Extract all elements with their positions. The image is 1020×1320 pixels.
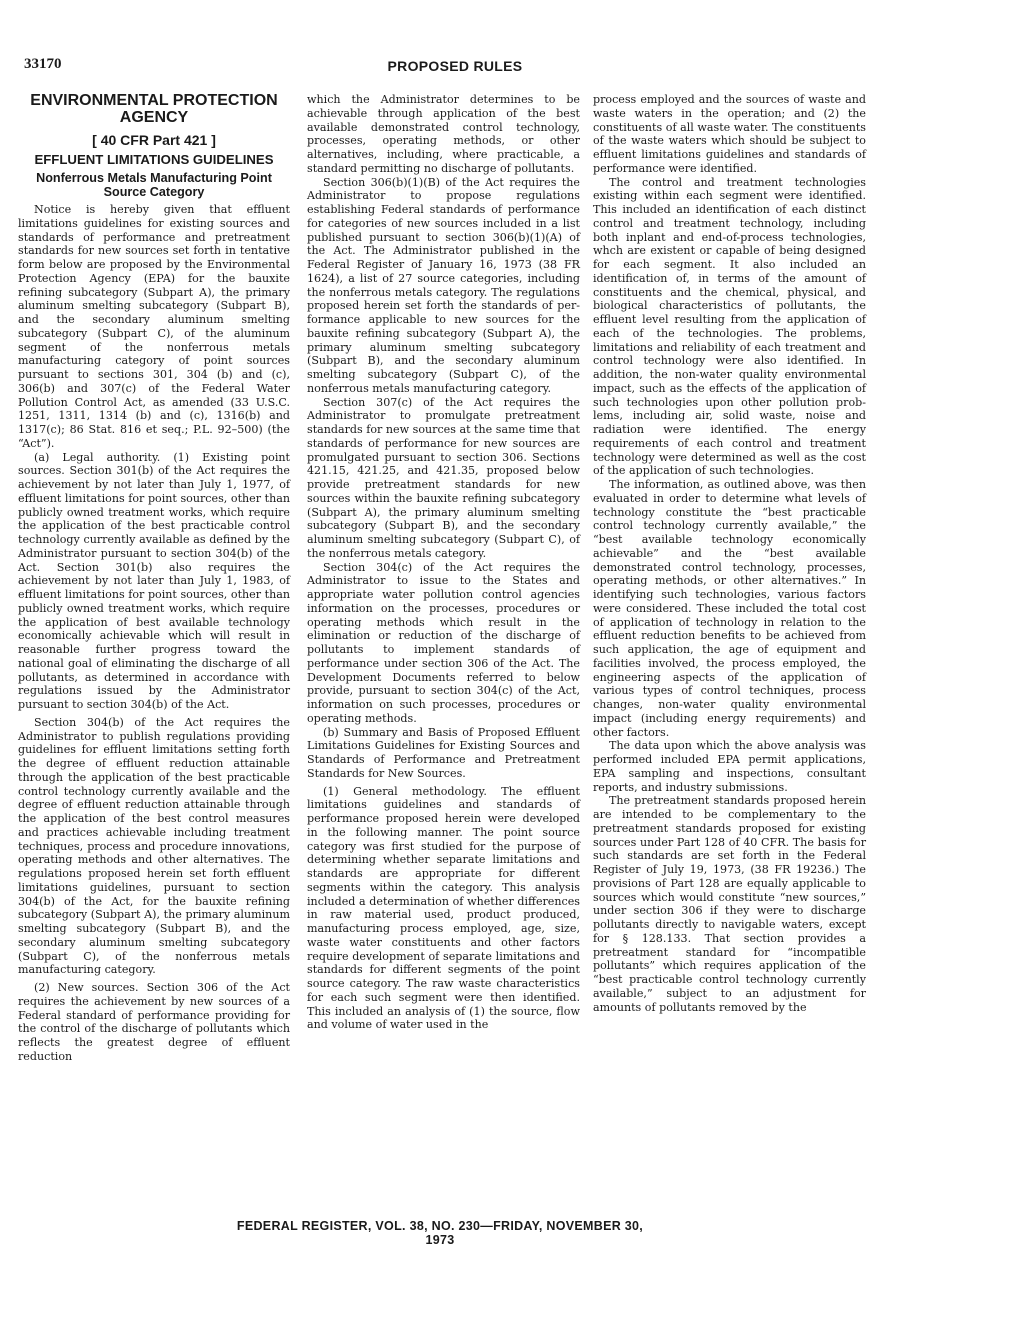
paragraph: Notice is hereby given that effluent lim… <box>18 203 290 451</box>
paragraph: Section 307(c) of the Act requires the A… <box>307 396 580 561</box>
column-2: which the Administrator determines to be… <box>307 93 580 1032</box>
document-heading: ENVIRONMENTAL PROTECTION AGENCY [ 40 CFR… <box>18 92 290 199</box>
paragraph: The data upon which the above an­alysis … <box>593 739 866 794</box>
cfr-citation: [ 40 CFR Part 421 ] <box>18 131 290 149</box>
column-3: process employed and the sources of wast… <box>593 93 866 1014</box>
subject-title: EFFLUENT LIMITATIONS GUIDELINES <box>18 152 290 168</box>
running-head: PROPOSED RULES <box>380 58 530 74</box>
paragraph: (2) New sources. Section 306 of the Act … <box>18 981 290 1064</box>
agency-name: ENVIRONMENTAL PROTECTION AGENCY <box>18 92 290 126</box>
paragraph: (1) General methodology. The effluent li… <box>307 785 580 1033</box>
paragraph: Section 306(b)(1)(B) of the Act re­quire… <box>307 176 580 396</box>
paragraph: which the Administrator determines to be… <box>307 93 580 176</box>
footer-citation: FEDERAL REGISTER, VOL. 38, NO. 230—FRIDA… <box>230 1219 650 1247</box>
paragraph: The information, as outlined above, was … <box>593 478 866 739</box>
page-number: 33170 <box>24 56 62 73</box>
paragraph: The control and treatment technolo­gies … <box>593 176 866 479</box>
subheading: Nonferrous Metals Manufacturing Point So… <box>18 171 290 199</box>
section-heading-paragraph: (b) Summary and Basis of Proposed Efflue… <box>307 726 580 781</box>
paragraph: (a) Legal authority. (1) Existing point … <box>18 451 290 712</box>
paragraph: Section 304(c) of the Act requires the A… <box>307 561 580 726</box>
paragraph: Section 304(b) of the Act requires the A… <box>18 716 290 977</box>
paragraph: The pretreatment standards proposed here… <box>593 794 866 1014</box>
column-1: ENVIRONMENTAL PROTECTION AGENCY [ 40 CFR… <box>18 92 290 1064</box>
paragraph: process employed and the sources of wast… <box>593 93 866 176</box>
